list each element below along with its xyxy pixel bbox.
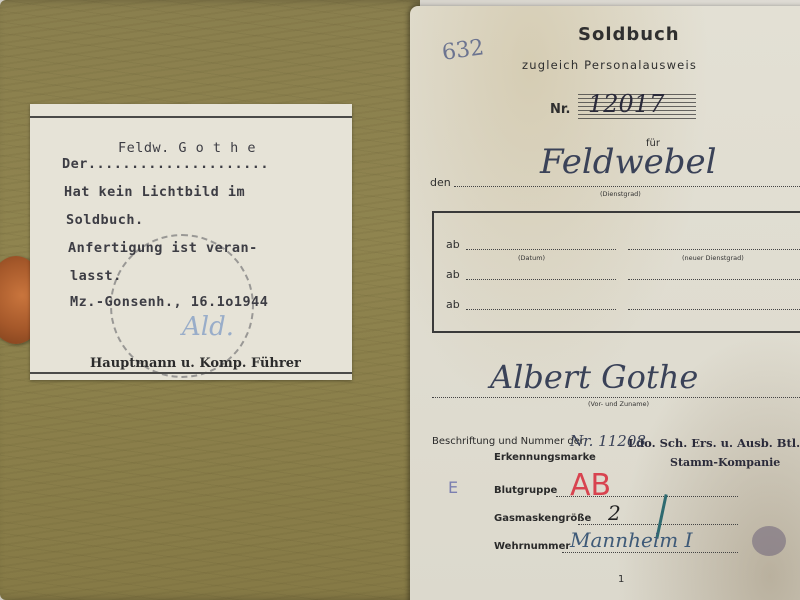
dienstgrad-line xyxy=(454,186,800,187)
erkennungsmarke-value: Nr. 11208 xyxy=(570,432,646,450)
note-line-3: Soldbuch. xyxy=(66,212,144,228)
pencil-number: 632 xyxy=(440,35,485,66)
promotion-box xyxy=(432,211,800,333)
number-label: Nr. xyxy=(550,102,570,117)
ab-label-1: ab xyxy=(446,238,460,251)
note-top-rule xyxy=(30,116,352,118)
note-line-5: lasst. xyxy=(70,268,122,284)
ab-rank-line-3 xyxy=(628,309,800,310)
page-subtitle: zugleich Personalausweis xyxy=(522,58,697,72)
number-value: 12017 xyxy=(588,90,664,118)
blue-signature: Ald. xyxy=(182,312,234,342)
ab-date-line-3 xyxy=(466,309,616,310)
page-title: Soldbuch xyxy=(578,24,680,45)
name-value: Albert Gothe xyxy=(490,358,698,396)
page-number: 1 xyxy=(618,574,624,585)
pasted-note: Feldw. G o t h e Der....................… xyxy=(30,104,352,380)
note-line-4: Anfertigung ist veran- xyxy=(68,240,258,256)
gasmaske-label: Gasmaskengröße xyxy=(494,513,591,524)
note-line-2: Hat kein Lichtbild im xyxy=(64,184,245,200)
ab-label-2: ab xyxy=(446,268,460,281)
wehrnummer-label: Wehrnummer xyxy=(494,541,570,552)
ab-label-3: ab xyxy=(446,298,460,311)
unit-line-1: Ldo. Sch. Ers. u. Ausb. Btl. xyxy=(628,436,800,450)
ab-rank-line-1 xyxy=(628,249,800,250)
note-line-der: Der..................... xyxy=(62,156,269,172)
name-caption: (Vor- und Zuname) xyxy=(588,400,649,408)
ab-date-line-1 xyxy=(466,249,616,250)
note-line-date: Mz.-Gonsenh., 16.1o1944 xyxy=(70,294,268,310)
ab-date-line-2 xyxy=(466,279,616,280)
dienstgrad-caption: (Dienstgrad) xyxy=(600,190,641,198)
note-line-name: Feldw. G o t h e xyxy=(118,140,256,156)
wehrnummer-line xyxy=(562,552,738,553)
dienstgrad-value: Feldwebel xyxy=(540,142,716,182)
erkennungsmarke-label-1: Beschriftung und Nummer der xyxy=(432,436,584,447)
left-cover: Feldw. G o t h e Der....................… xyxy=(0,0,420,600)
gasmaske-value: 2 xyxy=(608,501,621,525)
ab-rank-line-2 xyxy=(628,279,800,280)
blutgruppe-value: AB xyxy=(570,468,611,503)
datum-caption: (Datum) xyxy=(518,254,545,262)
den-label: den xyxy=(430,176,451,189)
erkennungsmarke-label-2: Erkennungsmarke xyxy=(494,452,596,463)
soldbuch-page: 632 Soldbuch zugleich Personalausweis Nr… xyxy=(410,6,800,600)
ink-stain xyxy=(752,526,786,556)
signer-title: Hauptmann u. Komp. Führer xyxy=(90,356,301,371)
note-bottom-rule xyxy=(30,372,352,374)
name-line xyxy=(432,397,800,398)
side-mark: E xyxy=(448,478,458,497)
unit-line-2: Stamm-Kompanie xyxy=(670,456,780,469)
blutgruppe-label: Blutgruppe xyxy=(494,485,557,496)
wehrnummer-value: Mannheim I xyxy=(570,528,693,552)
neuer-dienstgrad-caption: (neuer Dienstgrad) xyxy=(682,254,744,262)
